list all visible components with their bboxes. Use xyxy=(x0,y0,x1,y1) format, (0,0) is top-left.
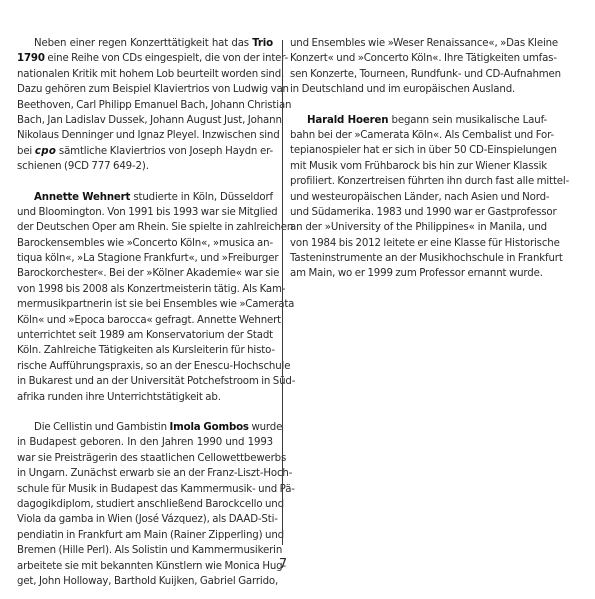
musician-name: Imola Gombos xyxy=(170,422,249,433)
paragraph-harald-hoeren: Harald Hoeren begann sein musikalische L… xyxy=(290,113,547,282)
ensemble-name-1790: 1790 xyxy=(17,53,45,64)
left-column: Neben einer regen Konzerttätigkeit hat d… xyxy=(17,36,273,589)
booklet-page: Neben einer regen Konzerttätigkeit hat d… xyxy=(0,0,595,599)
column-divider xyxy=(282,40,283,545)
musician-name: Annette Wehnert xyxy=(34,192,130,203)
paragraph-annette-wehnert: Annette Wehnert studierte in Köln, Düsse… xyxy=(17,190,273,405)
ensemble-name-trio: Trio xyxy=(252,38,273,49)
page-number: 7 xyxy=(276,557,290,572)
paragraph-imola-gombos: Die Cellistin und Gambistin Imola Gombos… xyxy=(17,420,273,589)
right-column: und Ensembles wie »Weser Renaissance«, »… xyxy=(290,36,547,282)
paragraph-trio-1790: Neben einer regen Konzerttätigkeit hat d… xyxy=(17,36,273,175)
musician-name: Harald Hoeren xyxy=(307,115,388,126)
cpo-label-logo: cpo xyxy=(35,146,56,157)
paragraph-imola-gombos-continued: und Ensembles wie »Weser Renaissance«, »… xyxy=(290,36,547,98)
